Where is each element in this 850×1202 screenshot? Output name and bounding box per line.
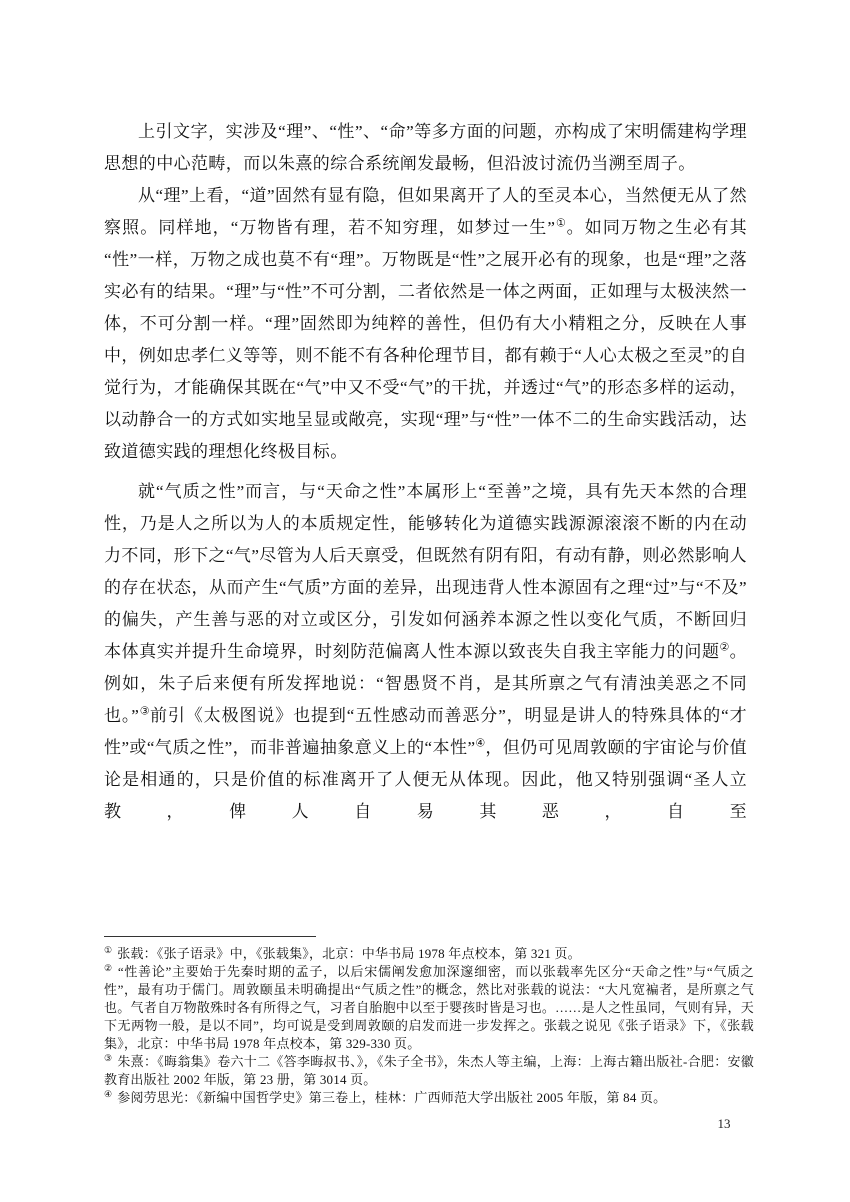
- footnote-item: ④参阅劳思光：《新编中国哲学史》第三卷上，桂林：广西师范大学出版社 2005 年…: [104, 1089, 754, 1107]
- footnotes-list: ①张载：《张子语录》中，《张载集》，北京：中华书局 1978 年点校本，第 32…: [104, 945, 754, 1107]
- footnote-ref: ④: [475, 737, 485, 749]
- page-number: 13: [706, 1116, 742, 1132]
- paragraph-text: 上引文字，实涉及“理”、“性”、“命”等多方面的问题，亦构成了宋明儒建构学理思想…: [104, 122, 747, 173]
- footnote-ref: ①: [555, 217, 566, 229]
- body-paragraphs: 上引文字，实涉及“理”、“性”、“命”等多方面的问题，亦构成了宋明儒建构学理思想…: [104, 116, 747, 828]
- footnote-marker: ②: [104, 963, 113, 973]
- body-paragraph: 从“理”上看，“道”固然有显有隐，但如果离开了人的至灵本心，当然便无从了然察照。…: [104, 180, 747, 468]
- document-body: 上引文字，实涉及“理”、“性”、“命”等多方面的问题，亦构成了宋明儒建构学理思想…: [104, 116, 747, 828]
- footnote-ref: ③: [139, 705, 150, 717]
- footnote-text: 张载：《张子语录》中，《张载集》，北京：中华书局 1978 年点校本，第 321…: [117, 946, 581, 961]
- footnote-text: “性善论”主要始于先秦时期的孟子，以后宋儒阐发愈加深邃细密，而以张载率先区分“天…: [104, 964, 754, 1051]
- footnote-item: ②“性善论”主要始于先秦时期的孟子，以后宋儒阐发愈加深邃细密，而以张载率先区分“…: [104, 963, 754, 1053]
- footnote-marker: ①: [104, 945, 112, 955]
- body-paragraph: 就“气质之性”而言，与“天命之性”本属形上“至善”之境，具有先天本然的合理性，乃…: [104, 476, 747, 828]
- footnote-item: ①张载：《张子语录》中，《张载集》，北京：中华书局 1978 年点校本，第 32…: [104, 945, 754, 963]
- document-page: 上引文字，实涉及“理”、“性”、“命”等多方面的问题，亦构成了宋明儒建构学理思想…: [0, 0, 850, 1202]
- footnote-area: ①张载：《张子语录》中，《张载集》，北京：中华书局 1978 年点校本，第 32…: [104, 936, 754, 1107]
- footnote-text: 参阅劳思光：《新编中国哲学史》第三卷上，桂林：广西师范大学出版社 2005 年版…: [117, 1090, 666, 1105]
- footnote-separator: [104, 936, 316, 937]
- footnote-text: 朱熹：《晦翁集》卷六十二《答李晦叔书、》，《朱子全书》，朱杰人等主编，上海：上海…: [104, 1054, 754, 1087]
- body-paragraph: 上引文字，实涉及“理”、“性”、“命”等多方面的问题，亦构成了宋明儒建构学理思想…: [104, 116, 747, 180]
- paragraph-text: 就“气质之性”而言，与“天命之性”本属形上“至善”之境，具有先天本然的合理性，乃…: [104, 482, 747, 661]
- footnote-ref: ②: [720, 641, 730, 653]
- footnote-item: ③朱熹：《晦翁集》卷六十二《答李晦叔书、》，《朱子全书》，朱杰人等主编，上海：上…: [104, 1053, 754, 1089]
- paragraph-text: 。如同万物之生必有其“性”一样，万物之成也莫不有“理”。万物既是“性”之展开必有…: [104, 218, 747, 461]
- footnote-marker: ③: [104, 1053, 112, 1063]
- footnote-marker: ④: [104, 1089, 112, 1099]
